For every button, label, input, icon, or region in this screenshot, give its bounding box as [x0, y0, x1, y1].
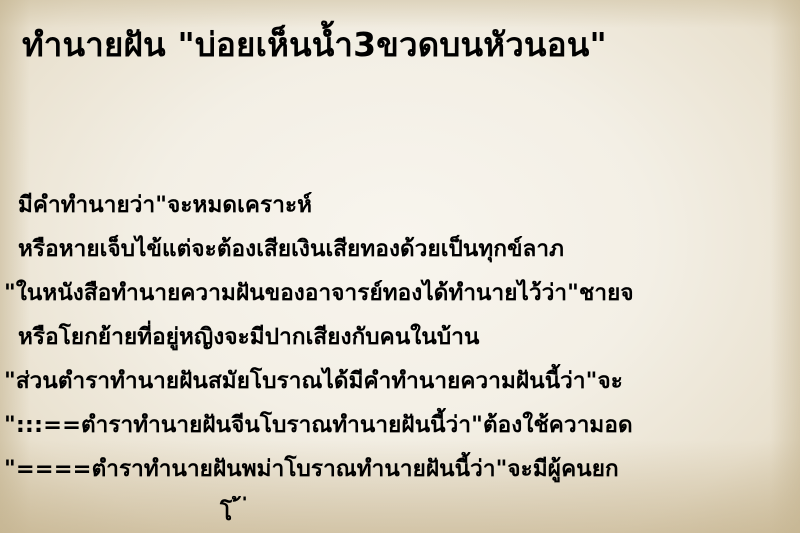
text-line-6: ":::==ตำราทำนายฝันจีนโบราณทำนายฝันนี้ว่า…: [4, 406, 633, 442]
text-line-3: "ในหนังสือทำนายความฝันของอาจารย์ทองได้ทำ…: [4, 274, 634, 310]
text-line-8-cutoff: โ ้ ่: [220, 494, 248, 530]
text-line-2: หรือหายเจ็บไข้แต่จะต้องเสียเงินเสียทองด้…: [18, 230, 564, 266]
text-line-5: "ส่วนตำราทำนายฝันสมัยโบราณได้มีคำทำนายคว…: [4, 362, 623, 398]
text-line-7: "====ตำราทำนายฝันพม่าโบราณทำนายฝันนี้ว่า…: [4, 450, 619, 486]
text-line-1: มีคำทำนายว่า"จะหมดเคราะห์: [18, 186, 312, 222]
page-title: ทำนายฝัน "บ่อยเห็นน้ำ3ขวดบนหัวนอน": [22, 18, 607, 71]
text-line-4: หรือโยกย้ายที่อยู่หญิงจะมีปากเสียงกับคนใ…: [18, 318, 479, 354]
